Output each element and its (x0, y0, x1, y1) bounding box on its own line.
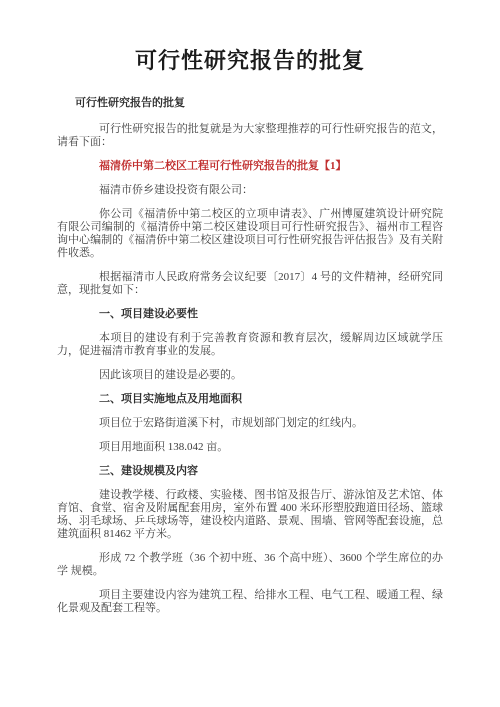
section-2-heading: 二、项目实施地点及用地面积 (57, 393, 443, 406)
section-1-paragraph: 本项目的建设有利于完善教育资源和教育层次，缓解周边区域就学压力，促进福清市教育事… (57, 332, 443, 358)
section-1-heading: 一、项目建设必要性 (57, 308, 443, 321)
document-title: 可行性研究报告的批复 (57, 46, 443, 76)
section-3-heading: 三、建设规模及内容 (57, 465, 443, 478)
approval-red-heading: 福清侨中第二校区工程可行性研究报告的批复【1】 (57, 160, 443, 173)
approval-basis-paragraph: 根据福清市人民政府常务会议纪要〔2017〕4 号的文件精神，经研究同意，现批复如… (57, 271, 443, 297)
received-documents-paragraph: 你公司《福清侨中第二校区的立项申请表》、广州博厦建筑设计研究院有限公司编制的《福… (57, 208, 443, 260)
section-2-location-paragraph: 项目位于宏路街道溪下村，市规划部门划定的红线内。 (57, 417, 443, 430)
section-3-construction-paragraph: 建设教学楼、行政楼、实验楼、图书馆及报告厅、游泳馆及艺术馆、体育馆、食堂、宿舍及… (57, 489, 443, 541)
section-3-content-paragraph: 项目主要建设内容为建筑工程、给排水工程、电气工程、暖通工程、绿化景观及配套工程等… (57, 589, 443, 615)
section-1-conclusion-paragraph: 因此该项目的建设是必要的。 (57, 369, 443, 382)
document-subtitle: 可行性研究报告的批复 (57, 97, 443, 110)
intro-paragraph: 可行性研究报告的批复就是为大家整理推荐的可行性研究报告的范文，请看下面： (57, 123, 443, 149)
document-page: 可行性研究报告的批复 可行性研究报告的批复 可行性研究报告的批复就是为大家整理推… (0, 0, 500, 707)
salutation-paragraph: 福清市侨乡建设投资有限公司： (57, 184, 443, 197)
document-content: 可行性研究报告的批复 可行性研究报告的批复 可行性研究报告的批复就是为大家整理推… (0, 0, 500, 615)
section-2-land-area-paragraph: 项目用地面积 138.042 亩。 (57, 441, 443, 454)
section-3-scale-paragraph: 形成 72 个教学班（36 个初中班、36 个高中班）、3600 个学生席位的办… (57, 552, 443, 578)
